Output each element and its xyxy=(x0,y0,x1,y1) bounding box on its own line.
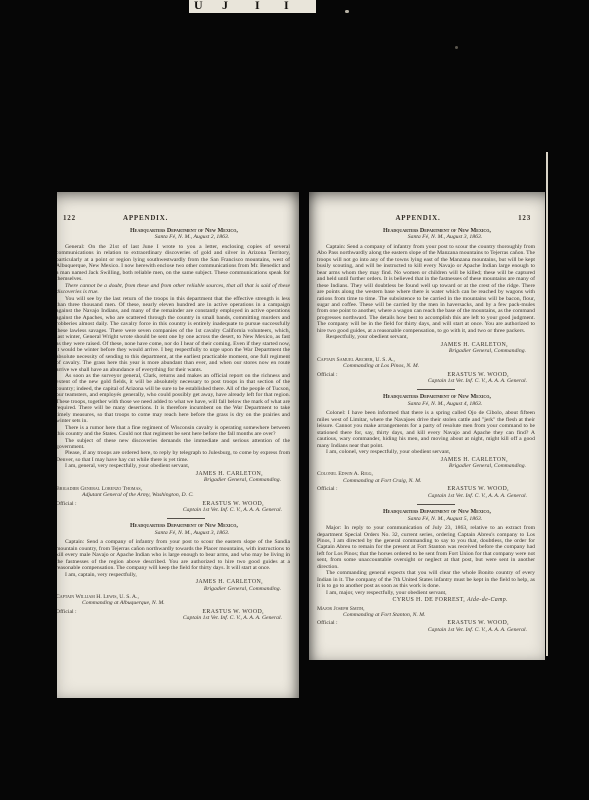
cutoff-letter: I xyxy=(255,0,260,13)
paragraph: Captain: Send a company of infantry from… xyxy=(57,539,290,571)
paragraph: General: On the 21st of last June I wrot… xyxy=(57,244,290,283)
section-divider xyxy=(417,389,455,390)
scan-speck xyxy=(345,10,349,13)
paragraph: I am, major, very respectfully, your obe… xyxy=(317,590,535,596)
page-header-right: APPENDIX. 123 xyxy=(317,214,535,224)
paragraph: Respectfully, your obedient servant, xyxy=(317,334,535,340)
letter-dateline: Santa Fé, N. M., August 3, 1863. xyxy=(75,530,299,536)
letter-carleton-to-thomas-aug2: Headquarters Department of New Mexico, S… xyxy=(57,228,290,513)
paragraph: I am, general, very respectfully, your o… xyxy=(57,463,290,469)
running-head: APPENDIX. xyxy=(123,214,168,222)
letter-dateline: Santa Fé, N. M., August 4, 1863. xyxy=(336,401,545,407)
letter-deforrest-to-smith-aug5: Headquarters Department of New Mexico, S… xyxy=(317,509,535,633)
official-label: Official : xyxy=(317,486,338,492)
paragraph: Major: In reply to your communication of… xyxy=(317,525,535,570)
signature-name: CYRUS H. DE FORREST, xyxy=(393,597,466,603)
paragraph: There cannot be a doubt, from these and … xyxy=(57,283,290,296)
page-number: 123 xyxy=(518,214,531,222)
addressee-line2: Commanding at Fort Craig, N. M. xyxy=(343,478,535,484)
signature-title: Aide-de-Camp. xyxy=(467,597,508,603)
cutoff-letter: U xyxy=(194,0,203,13)
official-label: Official : xyxy=(57,501,77,507)
paragraph: Please, if any troops are ordered here, … xyxy=(57,450,290,463)
paragraph: There is a rumor here that a fine regime… xyxy=(57,425,290,438)
official-title: Captain 1st Vet. Inf. C. V., A. A. A. Ge… xyxy=(57,615,282,621)
official-title: Captain 1st Vet. Inf. C. V., A. A. A. Ge… xyxy=(317,627,527,633)
letter-carleton-to-lewis-aug3: Headquarters Department of New Mexico, S… xyxy=(57,523,290,621)
official-label: Official : xyxy=(57,609,77,615)
paragraph: I am, captain, very respectfully, xyxy=(57,572,290,578)
paragraph: As soon as the surveyor general, Clark, … xyxy=(57,373,290,425)
right-page: APPENDIX. 123 Headquarters Department of… xyxy=(309,192,545,660)
cutoff-letter: J xyxy=(222,0,228,13)
signature-title: Brigadier General, Commanding. xyxy=(317,463,526,469)
letter-dateline: Santa Fé, N. M., August 5, 1863. xyxy=(336,516,545,522)
book-scan: U J I I 122 APPENDIX. Headquarters Depar… xyxy=(0,0,589,800)
addressee-line2: Commanding at Albuquerque, N. M. xyxy=(82,600,290,606)
torn-page-edge: U J I I xyxy=(189,0,316,13)
page-number: 122 xyxy=(63,214,76,222)
page-header-left: 122 APPENDIX. xyxy=(61,214,291,224)
official-name: ERASTUS W. WOOD, xyxy=(447,486,509,492)
paragraph: I am, colonel, very respectfully, your o… xyxy=(317,449,535,455)
letter-dateline: Santa Fé, N. M., August 2, 1863. xyxy=(75,234,299,240)
letter-dateline: Santa Fé, N. M., August 3, 1863. xyxy=(336,234,545,240)
scan-speck xyxy=(455,46,458,49)
official-label: Official : xyxy=(317,372,338,378)
signature-title: Brigadier General, Commanding. xyxy=(57,586,281,592)
paragraph: The subject of these new discoveries dem… xyxy=(57,438,290,451)
left-page: 122 APPENDIX. Headquarters Department of… xyxy=(57,192,299,698)
official-label: Official : xyxy=(317,620,338,626)
signature-title: Brigadier General, Commanding. xyxy=(317,348,526,354)
addressee-line2: Adjutant General of the Army, Washington… xyxy=(82,492,290,498)
running-head: APPENDIX. xyxy=(395,214,440,222)
official-title: Captain 1st Vet. Inf. C. V., A. A. A. Ge… xyxy=(317,493,527,499)
official-title: Captain 1st Vet. Inf. C. V., A. A. A. Ge… xyxy=(317,378,527,384)
letter-carleton-to-archer-aug3: Headquarters Department of New Mexico, S… xyxy=(317,228,535,384)
underlying-page-edge xyxy=(546,152,548,656)
official-name: ERASTUS W. WOOD, xyxy=(447,620,509,626)
cutoff-letter: I xyxy=(284,0,289,13)
addressee-line2: Commanding at Los Pinos, N. M. xyxy=(343,363,535,369)
paragraph: You will see by the last return of the t… xyxy=(57,296,290,373)
paragraph: Captain: Send a company of infantry from… xyxy=(317,244,535,334)
letter-carleton-to-rigg-aug4: Headquarters Department of New Mexico, S… xyxy=(317,394,535,499)
paragraph: Colonel: I have been informed that there… xyxy=(317,410,535,449)
section-divider xyxy=(417,504,455,505)
addressee-line2: Commanding at Fort Stanton, N. M. xyxy=(343,612,535,618)
signature-title: Brigadier General, Commanding. xyxy=(57,477,281,483)
signature-line: CYRUS H. DE FORREST, Aide-de-Camp. xyxy=(317,597,508,603)
paragraph: The commanding general expects that you … xyxy=(317,570,535,589)
official-title: Captain 1st Vet. Inf. C. V., A. A. A. Ge… xyxy=(57,507,282,513)
section-divider xyxy=(167,518,205,519)
